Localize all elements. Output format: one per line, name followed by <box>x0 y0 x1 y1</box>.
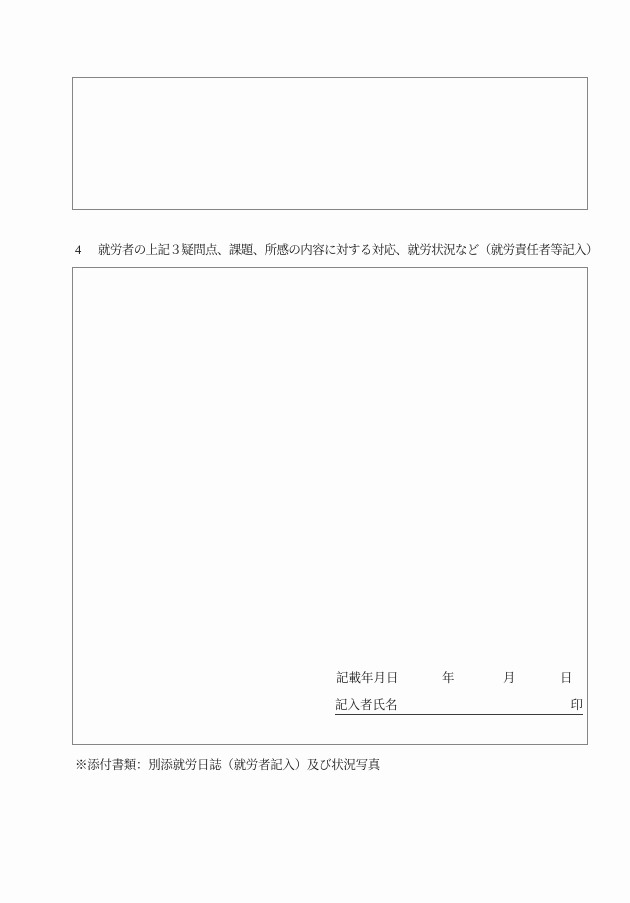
day-label: 日 <box>560 671 573 685</box>
month-label: 月 <box>503 671 516 685</box>
section-number: 4 <box>75 243 81 258</box>
date-entry-label: 記載年月日 <box>336 671 399 685</box>
writer-name-label: 記入者氏名 <box>335 698 398 712</box>
writer-name-field[interactable]: 記入者氏名 印 <box>335 698 583 715</box>
attachment-footnote: ※添付書類：別添就労日誌（就労者記入）及び状況写真 <box>75 757 380 773</box>
seal-label: 印 <box>570 698 583 712</box>
document-page: 4 就労者の上記３疑問点、課題、所感の内容に対する対応、就労状況など（就労責任者… <box>0 0 630 903</box>
section-heading: 就労者の上記３疑問点、課題、所感の内容に対する対応、就労状況など（就労責任者等記… <box>98 243 598 258</box>
entry-box-section4[interactable]: 記載年月日 年 月 日 記入者氏名 印 <box>72 267 588 745</box>
year-label: 年 <box>442 671 455 685</box>
entry-box-previous-section[interactable] <box>72 77 588 210</box>
